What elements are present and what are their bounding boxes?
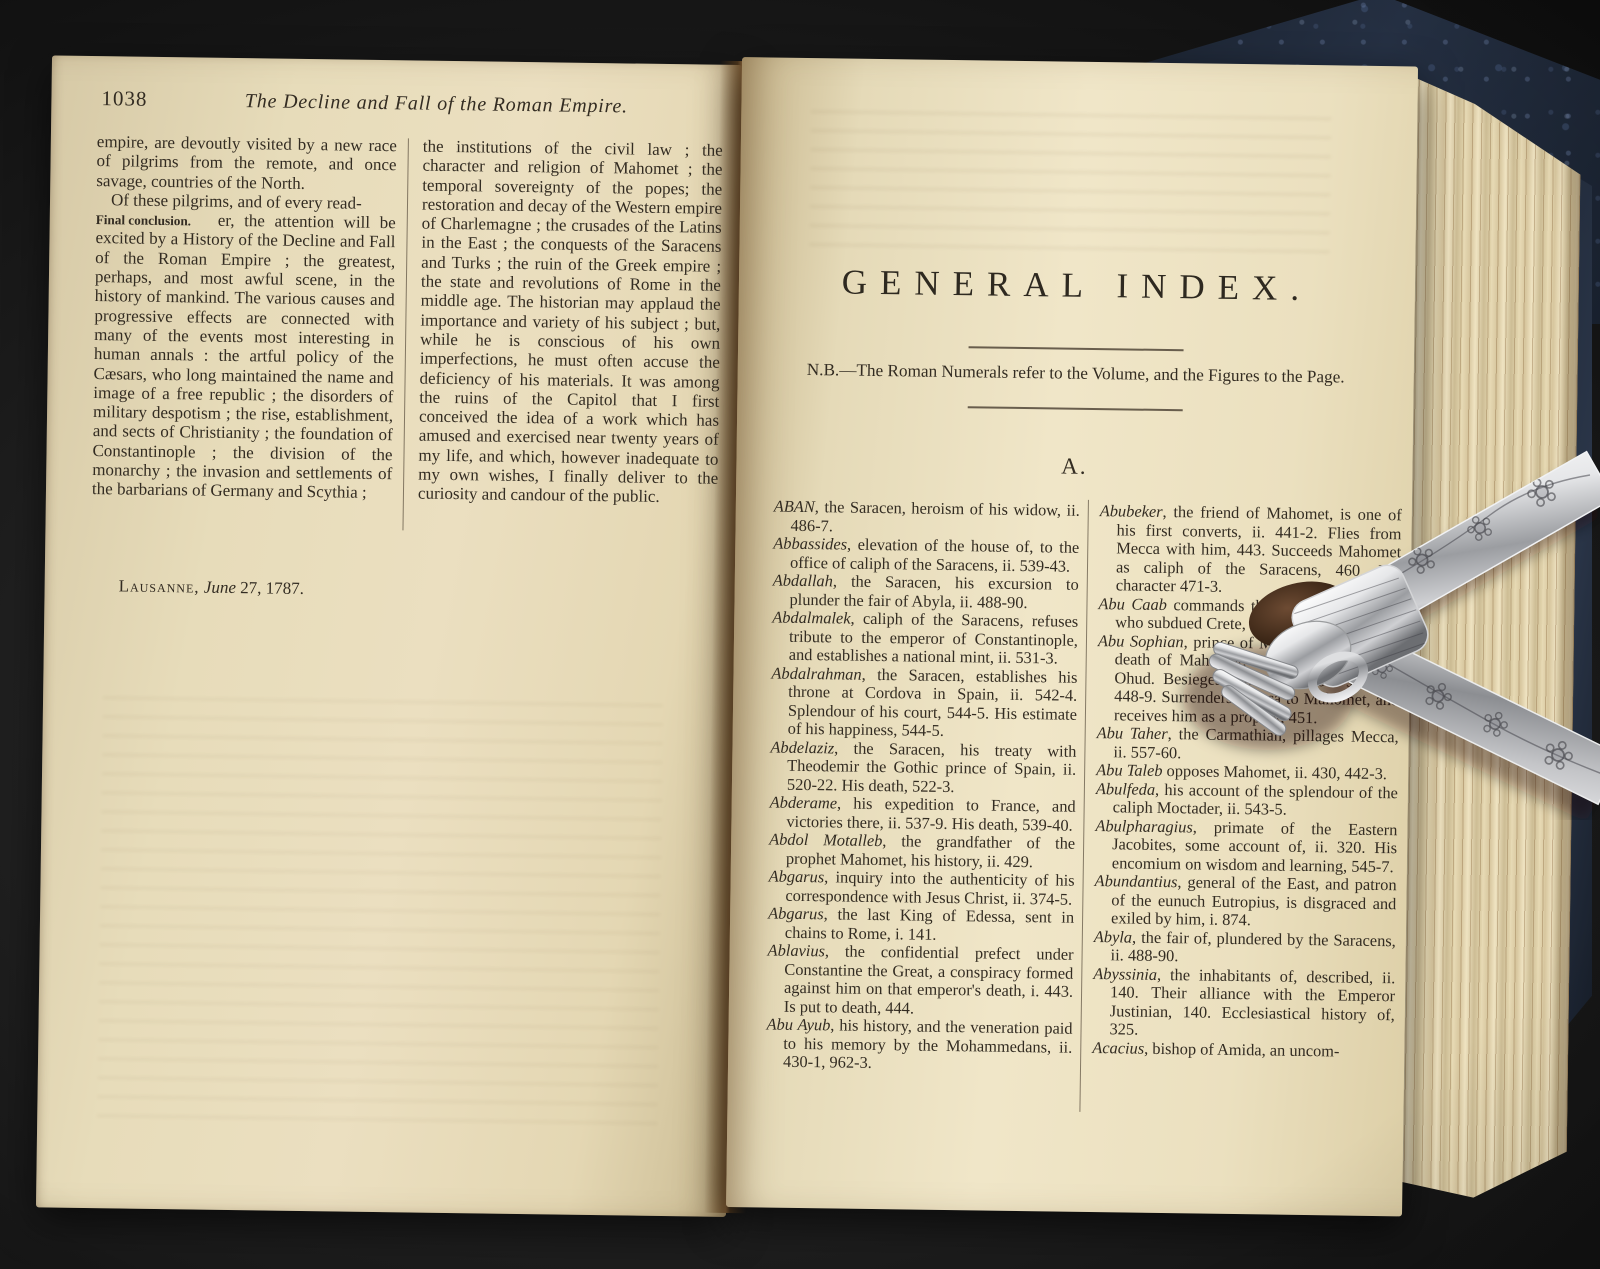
index-entry-text: , bishop of Amida, an uncom-: [1144, 1038, 1340, 1060]
silver-bookmark-clip: [1150, 430, 1600, 820]
index-entry: Abundantius, general of the East, and pa…: [1094, 872, 1397, 932]
index-headword: Abdalrahman: [771, 663, 861, 683]
dateline-place: Lausanne,: [119, 576, 200, 596]
index-headword: Ablavius: [768, 940, 826, 960]
page-number: 1038: [101, 86, 147, 112]
index-entry-text: , the Saracen, heroism of his widow, ii.…: [790, 497, 1079, 535]
index-entry: Abdalrahman, the Saracen, establishes hi…: [771, 664, 1078, 742]
index-title: GENERAL INDEX.: [739, 261, 1415, 310]
paragraph: empire, are devoutly visited by a new ra…: [96, 132, 397, 194]
index-headword: Acacius: [1092, 1038, 1144, 1058]
index-headword: Abgarus: [769, 867, 825, 887]
horizontal-rule: [968, 406, 1183, 411]
index-entry: Abyssinia, the inhabitants of, described…: [1092, 965, 1395, 1043]
index-headword: Abyssinia: [1093, 964, 1157, 984]
photo-of-open-book: 1038 The Decline and Fall of the Roman E…: [0, 0, 1600, 1269]
left-page-column-1: empire, are devoutly visited by a new ra…: [92, 132, 397, 503]
index-entry: Abdol Motalleb, the grandfather of the p…: [769, 831, 1075, 872]
index-headword: Abdalmalek: [772, 608, 851, 628]
show-through-text: [809, 110, 1331, 265]
left-page: 1038 The Decline and Fall of the Roman E…: [36, 55, 742, 1217]
index-headword: Abundantius: [1095, 871, 1178, 891]
index-headword: Abu Ayub: [766, 1014, 830, 1034]
running-title: The Decline and Fall of the Roman Empire…: [161, 89, 711, 120]
index-entry: Abbassides, elevation of the house of, t…: [773, 535, 1079, 576]
show-through-text: [97, 696, 663, 1134]
index-entry-text: , inquiry into the authenticity of his c…: [785, 867, 1074, 908]
index-column-left: ABAN, the Saracen, heroism of his widow,…: [766, 498, 1080, 1076]
index-entry: Abdallah, the Saracen, his excursion to …: [772, 572, 1078, 613]
index-headword: Abderame: [770, 793, 838, 813]
dateline-rest: 27, 1787.: [240, 578, 304, 598]
dateline-month: June: [204, 578, 236, 597]
index-entry-text: , the Saracen, his excursion to plunder …: [789, 571, 1078, 611]
index-headword: Abdol Motalleb: [769, 830, 882, 851]
index-entry: Abderame, his expedition to France, and …: [769, 794, 1075, 835]
index-entry: ABAN, the Saracen, heroism of his widow,…: [773, 498, 1079, 539]
index-headword: Abdallah: [773, 571, 833, 591]
index-entry-text: , the confidential prefect under Constan…: [784, 941, 1074, 1017]
horizontal-rule: [969, 346, 1184, 351]
margin-note: Final conclusion.: [96, 209, 218, 229]
paragraph: the institutions of the civil law ; the …: [418, 137, 723, 508]
index-note: N.B.—The Roman Numerals refer to the Vol…: [768, 359, 1384, 388]
index-headword: Abdelaziz: [770, 737, 834, 757]
index-entry-text: , the fair of, plundered by the Saracens…: [1110, 927, 1395, 965]
index-headword: Abyla: [1094, 927, 1132, 947]
index-entry: Abdalmalek, caliph of the Saracens, refu…: [772, 609, 1079, 669]
left-page-column-2: the institutions of the civil law ; the …: [418, 137, 723, 508]
index-entry: Acacius, bishop of Amida, an uncom-: [1092, 1039, 1394, 1062]
index-entry: Ablavius, the confidential prefect under…: [767, 941, 1074, 1019]
index-headword: Abgarus: [768, 903, 824, 923]
index-entry: Abgarus, inquiry into the authenticity o…: [768, 868, 1074, 909]
index-headword: ABAN: [774, 497, 815, 517]
index-entry: Abdelaziz, the Saracen, his treaty with …: [770, 738, 1077, 798]
index-entry: Abgarus, the last King of Edessa, sent i…: [768, 904, 1074, 945]
dateline: Lausanne, June 27, 1787.: [119, 576, 305, 599]
index-column-divider: [1079, 500, 1089, 1112]
paragraph-text: er, the attention will be excited by a H…: [92, 211, 396, 502]
index-entry: Abyla, the fair of, plundered by the Sar…: [1093, 928, 1395, 969]
index-entry: Abulpharagius, primate of the Eastern Ja…: [1095, 817, 1398, 877]
paragraph: Final conclusion.er, the attention will …: [92, 209, 396, 503]
index-headword: Abbassides: [773, 534, 847, 554]
column-divider: [402, 138, 408, 530]
index-headword: Abulfeda: [1096, 779, 1155, 799]
index-entry-text: , the last King of Edessa, sent in chain…: [785, 904, 1074, 943]
index-entry: Abu Ayub, his history, and the veneratio…: [766, 1015, 1073, 1075]
